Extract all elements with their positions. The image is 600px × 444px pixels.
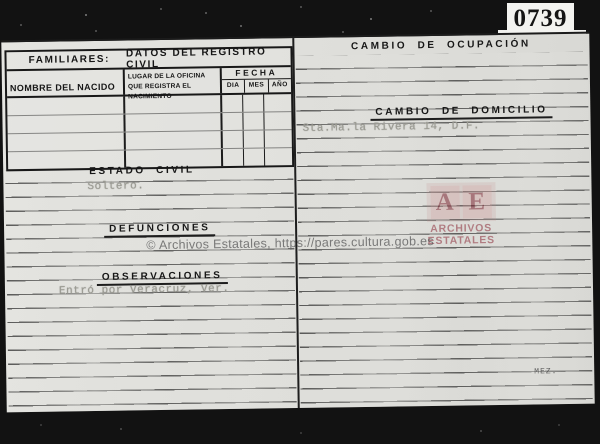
cambio-domicilio-heading: CAMBIO DE DOMICILIO [370, 104, 552, 121]
fecha-dia: DIA [222, 80, 246, 93]
scan-noise [0, 0, 2, 2]
cambio-ocupacion-heading: CAMBIO DE OCUPACIÓN [293, 38, 588, 53]
column-nombre-nacido: NOMBRE DEL NACIDO [7, 70, 125, 97]
registry-table: FAMILIARES: DATOS DEL REGISTRO CIVIL NOM… [4, 46, 294, 171]
card-number: 0739 [514, 5, 568, 33]
corner-annotation: MEZ. [534, 367, 557, 376]
ae-logo-letter-a: A [430, 186, 459, 219]
ae-logo-wordmark: ARCHIVOS ESTATALES [427, 223, 495, 247]
ae-logo-letter-e: E [462, 185, 491, 218]
archive-card: FAMILIARES: DATOS DEL REGISTRO CIVIL NOM… [1, 32, 594, 413]
registry-table-header: NOMBRE DEL NACIDO LUGAR DE LA OFICINA QU… [7, 67, 291, 98]
observaciones-entry: Entró por Veracruz, Ver. [59, 283, 230, 298]
defunciones-heading: DEFUNCIONES [104, 222, 216, 238]
fecha-mes: MES [245, 79, 269, 92]
estado-civil-heading: ESTADO CIVIL [89, 165, 195, 178]
ae-logo-tiles: A E [426, 182, 496, 222]
card-number-tab: 0739 [507, 3, 574, 34]
column-fecha: FECHA DIA MES AÑO [222, 67, 291, 93]
fecha-ano: AÑO [269, 79, 292, 92]
column-oficina-registro: LUGAR DE LA OFICINA QUE REGISTRA EL NACI… [125, 68, 222, 94]
registro-civil-label: DATOS DEL REGISTRO CIVIL [126, 46, 291, 70]
familiares-label: FAMILIARES: [28, 54, 110, 66]
fecha-subheaders: DIA MES AÑO [222, 79, 291, 93]
fecha-header: FECHA [222, 67, 291, 80]
ae-logo-word-estatales: ESTATALES [428, 235, 495, 248]
estado-civil-entry: Soltero. [87, 180, 144, 193]
